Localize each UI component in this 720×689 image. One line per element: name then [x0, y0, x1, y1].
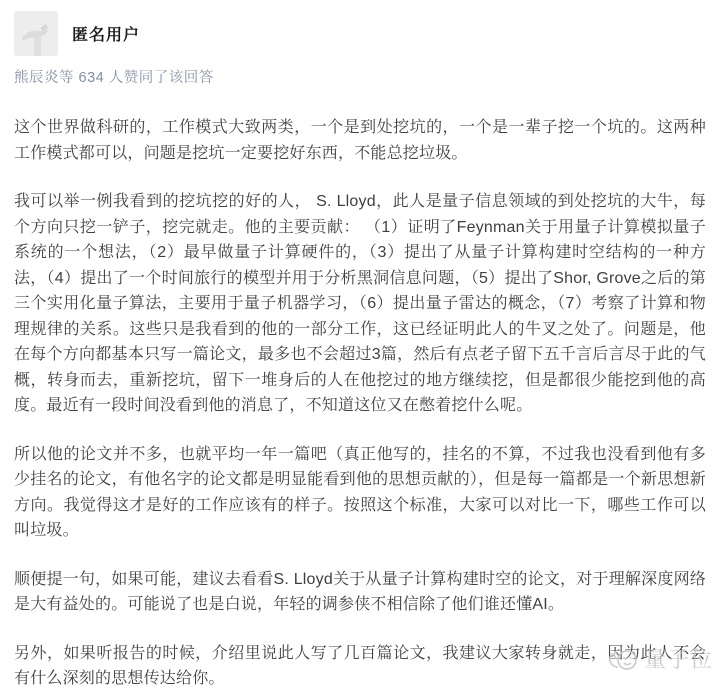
- paragraph-5: 另外，如果听报告的时候，介绍里说此人写了几百篇论文，我建议大家转身就走，因为此人…: [14, 641, 706, 689]
- avatar-placeholder-icon: [14, 11, 58, 56]
- paragraph-1: 这个世界做科研的，工作模式大致两类，一个是到处挖坑的，一个是一辈子挖一个坑的。这…: [14, 115, 706, 166]
- upvoters-link[interactable]: 熊辰炎等 634 人赞同了该回答: [14, 66, 706, 87]
- anonymous-avatar[interactable]: [14, 11, 58, 56]
- answer-card: 匿名用户 熊辰炎等 634 人赞同了该回答 这个世界做科研的，工作模式大致两类，…: [0, 0, 720, 689]
- answer-header: 匿名用户: [0, 0, 720, 56]
- paragraph-4: 顺便提一句，如果可能，建议去看看S. Lloyd关于从量子计算构建时空的论文，对…: [14, 567, 706, 618]
- paragraph-2: 我可以举一例我看到的挖坑挖的好的人， S. Lloyd，此人是量子信息领域的到处…: [14, 189, 706, 419]
- username: 匿名用户: [72, 22, 140, 45]
- paragraph-3: 所以他的论文并不多，也就平均一年一篇吧（真正他写的，挂名的不算，不过我也没看到他…: [14, 442, 706, 544]
- answer-body: 这个世界做科研的，工作模式大致两类，一个是到处挖坑的，一个是一辈子挖一个坑的。这…: [14, 115, 706, 689]
